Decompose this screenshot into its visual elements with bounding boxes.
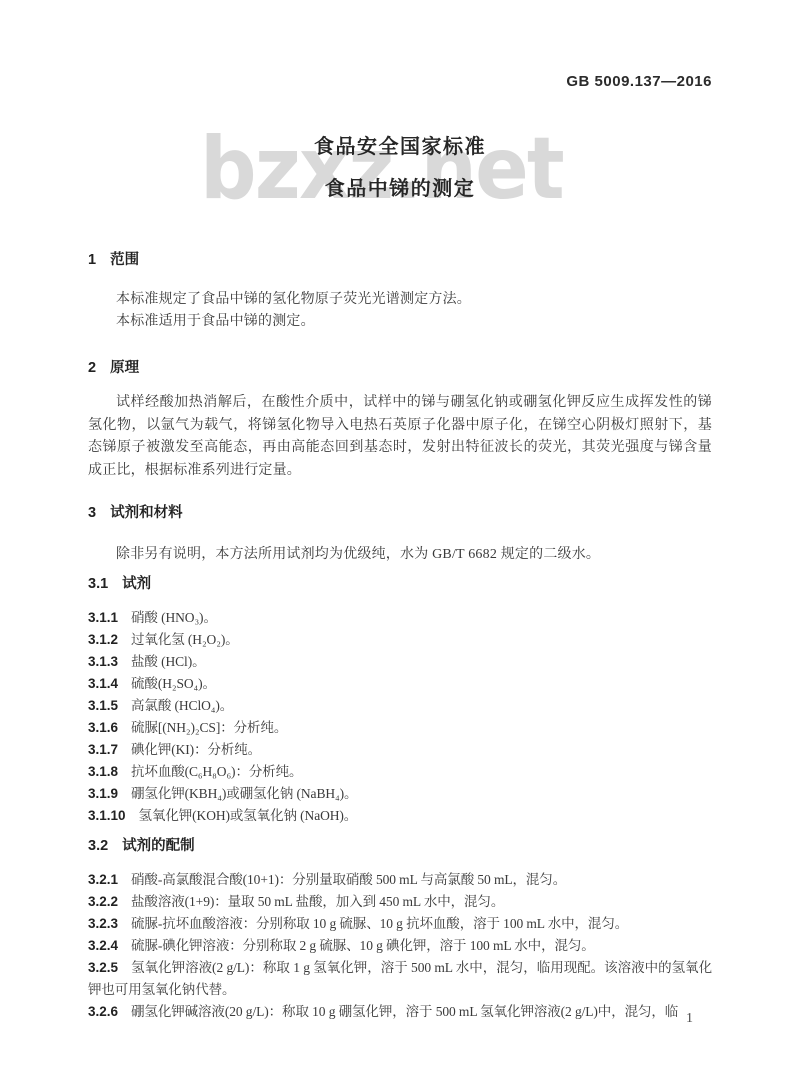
clause-text: 盐酸溶液(1+9)：量取 50 mL 盐酸，加入到 450 mL 水中，混匀。 — [131, 894, 504, 909]
clause-text: 过氧化氢 (H₂O₂)。 — [131, 632, 239, 647]
section-1-title: 范围 — [110, 252, 139, 268]
section-2-heading: 2原理 — [88, 358, 712, 378]
clause-3-1-7: 3.1.7碘化钾(KI)：分析纯。 — [88, 739, 712, 761]
clause-text: 高氯酸 (HClO₄)。 — [131, 698, 233, 713]
clause-3-1-1: 3.1.1硝酸 (HNO₃)。 — [88, 607, 712, 629]
principle-paragraph: 试样经酸加热消解后，在酸性介质中，试样中的锑与硼氢化钠或硼氢化钾反应生成挥发性的… — [88, 392, 712, 482]
clause-text: 硝酸-高氯酸混合酸(10+1)：分别量取硝酸 500 mL 与高氯酸 50 mL… — [131, 872, 566, 887]
page-title-line2: 食品中锑的测定 — [88, 176, 712, 202]
clause-number: 3.1.7 — [88, 742, 118, 757]
clause-3-2-4: 3.2.4硫脲-碘化钾溶液：分别称取 2 g 硫脲、10 g 碘化钾，溶于 10… — [88, 935, 712, 957]
clause-text: 硝酸 (HNO₃)。 — [131, 610, 217, 625]
section-3-number: 3 — [88, 505, 96, 521]
document-page: bzxz.net GB 5009.137—2016 食品安全国家标准 食品中锑的… — [0, 0, 800, 1090]
clause-text: 硫酸(H₂SO₄)。 — [131, 676, 216, 691]
clause-text: 氢氧化钾溶液(2 g/L)：称取 1 g 氢氧化钾，溶于 500 mL 水中，混… — [88, 960, 712, 997]
clause-text: 硫脲-碘化钾溶液：分别称取 2 g 硫脲、10 g 碘化钾，溶于 100 mL … — [131, 938, 595, 953]
section-3-title: 试剂和材料 — [110, 505, 183, 521]
clause-number: 3.1.8 — [88, 764, 118, 779]
clause-number: 3.1.1 — [88, 610, 118, 625]
reagents-note-paragraph: 除非另有说明，本方法所用试剂均为优级纯，水为 GB/T 6682 规定的二级水。 — [88, 544, 712, 566]
clause-3-2-6: 3.2.6硼氢化钾碱溶液(20 g/L)：称取 10 g 硼氢化钾，溶于 500… — [88, 1001, 712, 1023]
subsection-3-2-title: 试剂的配制 — [122, 838, 195, 854]
clause-text: 硼氢化钾(KBH₄)或硼氢化钠 (NaBH₄)。 — [131, 786, 357, 801]
clause-3-2-1: 3.2.1硝酸-高氯酸混合酸(10+1)：分别量取硝酸 500 mL 与高氯酸 … — [88, 869, 712, 891]
clause-3-1-4: 3.1.4硫酸(H₂SO₄)。 — [88, 673, 712, 695]
section-1-heading: 1范围 — [88, 250, 712, 270]
subsection-3-1-heading: 3.1试剂 — [88, 574, 712, 594]
page-content: 食品安全国家标准 食品中锑的测定 1范围 本标准规定了食品中锑的氢化物原子荧光光… — [0, 0, 800, 1090]
clause-text: 硫脲[(NH₂)₂CS]：分析纯。 — [131, 720, 287, 735]
clause-number: 3.1.5 — [88, 698, 118, 713]
clause-text: 盐酸 (HCl)。 — [131, 654, 205, 669]
section-3-heading: 3试剂和材料 — [88, 503, 712, 523]
clause-number: 3.1.6 — [88, 720, 118, 735]
reagent-list: 3.1.1硝酸 (HNO₃)。 3.1.2过氧化氢 (H₂O₂)。 3.1.3盐… — [88, 607, 712, 827]
section-2-number: 2 — [88, 360, 96, 376]
scope-paragraph-1: 本标准规定了食品中锑的氢化物原子荧光光谱测定方法。 — [88, 289, 712, 311]
clause-3-1-3: 3.1.3盐酸 (HCl)。 — [88, 651, 712, 673]
clause-3-2-3: 3.2.3硫脲-抗坏血酸溶液：分别称取 10 g 硫脲、10 g 抗坏血酸，溶于… — [88, 913, 712, 935]
clause-number: 3.2.4 — [88, 938, 118, 953]
clause-3-1-10: 3.1.10氢氧化钾(KOH)或氢氧化钠 (NaOH)。 — [88, 805, 712, 827]
clause-3-1-2: 3.1.2过氧化氢 (H₂O₂)。 — [88, 629, 712, 651]
clause-text: 硫脲-抗坏血酸溶液：分别称取 10 g 硫脲、10 g 抗坏血酸，溶于 100 … — [131, 916, 628, 931]
clause-number: 3.2.1 — [88, 872, 118, 887]
clause-number: 3.2.5 — [88, 960, 118, 975]
scope-paragraph-2: 本标准适用于食品中锑的测定。 — [88, 311, 712, 333]
subsection-3-1-number: 3.1 — [88, 576, 108, 592]
section-2-title: 原理 — [110, 360, 139, 376]
clause-number: 3.2.6 — [88, 1004, 118, 1019]
clause-3-2-5: 3.2.5氢氧化钾溶液(2 g/L)：称取 1 g 氢氧化钾，溶于 500 mL… — [88, 957, 712, 1001]
clause-3-2-2: 3.2.2盐酸溶液(1+9)：量取 50 mL 盐酸，加入到 450 mL 水中… — [88, 891, 712, 913]
clause-3-1-5: 3.1.5高氯酸 (HClO₄)。 — [88, 695, 712, 717]
subsection-3-2-number: 3.2 — [88, 838, 108, 854]
clause-text: 氢氧化钾(KOH)或氢氧化钠 (NaOH)。 — [139, 808, 358, 823]
clause-number: 3.1.3 — [88, 654, 118, 669]
clause-number: 3.2.2 — [88, 894, 118, 909]
clause-number: 3.1.10 — [88, 808, 126, 823]
clause-number: 3.1.4 — [88, 676, 118, 691]
subsection-3-1-title: 试剂 — [122, 576, 151, 592]
section-1-number: 1 — [88, 252, 96, 268]
clause-3-1-8: 3.1.8抗坏血酸(C₆H₈O₆)：分析纯。 — [88, 761, 712, 783]
clause-text: 碘化钾(KI)：分析纯。 — [131, 742, 261, 757]
clause-3-1-6: 3.1.6硫脲[(NH₂)₂CS]：分析纯。 — [88, 717, 712, 739]
clause-number: 3.1.2 — [88, 632, 118, 647]
clause-number: 3.1.9 — [88, 786, 118, 801]
clause-text: 抗坏血酸(C₆H₈O₆)：分析纯。 — [131, 764, 302, 779]
reagent-preparation-list: 3.2.1硝酸-高氯酸混合酸(10+1)：分别量取硝酸 500 mL 与高氯酸 … — [88, 869, 712, 1023]
clause-3-1-9: 3.1.9硼氢化钾(KBH₄)或硼氢化钠 (NaBH₄)。 — [88, 783, 712, 805]
subsection-3-2-heading: 3.2试剂的配制 — [88, 836, 712, 856]
clause-number: 3.2.3 — [88, 916, 118, 931]
clause-text: 硼氢化钾碱溶液(20 g/L)：称取 10 g 硼氢化钾，溶于 500 mL 氢… — [131, 1004, 678, 1019]
page-title-line1: 食品安全国家标准 — [88, 134, 712, 160]
